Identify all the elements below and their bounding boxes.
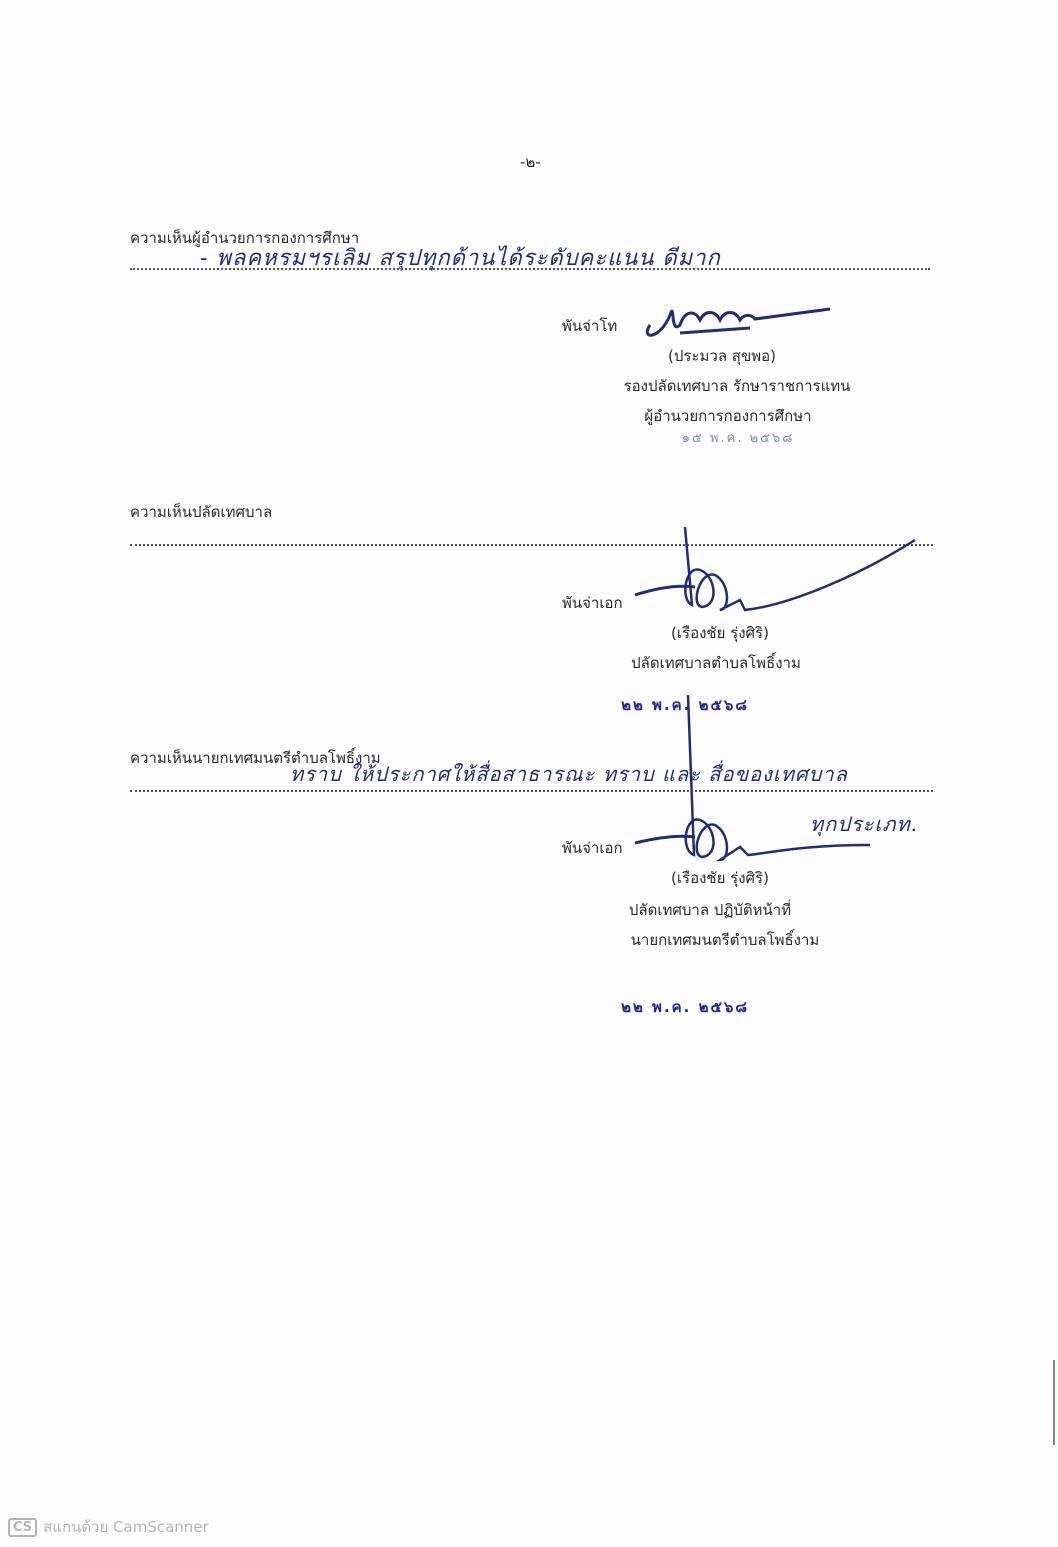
signer-position: นายกเทศมนตรีตำบลโพธิ์งาม xyxy=(631,928,820,952)
camscanner-watermark: CS สแกนด้วย CamScanner xyxy=(8,1515,209,1539)
watermark-text: สแกนด้วย CamScanner xyxy=(43,1515,209,1539)
signer-position: รองปลัดเทศบาล รักษาราชการแทน xyxy=(624,374,851,398)
signature-icon xyxy=(630,525,930,625)
date-stamp: ๑๕ พ.ค. ๒๕๖๘ xyxy=(682,427,795,448)
page-number: -๒- xyxy=(520,150,541,174)
signer-position: ผู้อำนวยการกองการศึกษา xyxy=(644,404,811,428)
camscanner-logo-icon: CS xyxy=(8,1518,37,1537)
signer-rank: พันจ่าโท xyxy=(562,314,617,338)
dotted-line xyxy=(130,268,930,270)
signer-position: ปลัดเทศบาล ปฏิบัติหน้าที่ xyxy=(629,898,791,922)
signature-icon xyxy=(640,295,840,345)
signer-name: (เรืองชัย รุ่งศิริ) xyxy=(671,621,769,645)
signature-icon xyxy=(630,695,880,870)
scan-edge xyxy=(1053,1360,1055,1445)
signer-position: ปลัดเทศบาลตำบลโพธิ์งาม xyxy=(631,651,801,675)
signer-rank: พันจ่าเอก xyxy=(562,836,623,860)
signer-name: (เรืองชัย รุ่งศิริ) xyxy=(671,866,769,890)
section-label-municipal-clerk: ความเห็นปลัดเทศบาล xyxy=(130,500,272,524)
signer-rank: พันจ่าเอก xyxy=(562,591,623,615)
date-stamp: ๒๒ พ.ค. ๒๕๖๘ xyxy=(621,995,749,1019)
signer-name: (ประมวล สุขพอ) xyxy=(668,344,776,368)
